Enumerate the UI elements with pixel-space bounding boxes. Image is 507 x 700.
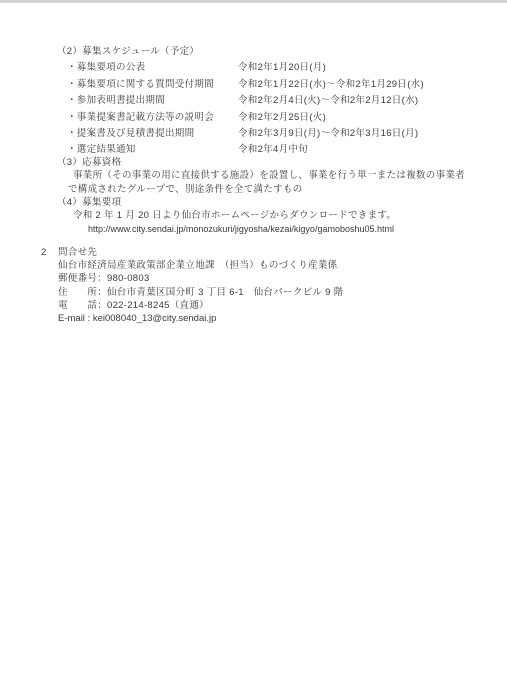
page-top-edge	[0, 0, 507, 3]
schedule-item-date: 令和2年2月4日(火)～令和2年2月12日(水)	[238, 93, 487, 109]
schedule-item-date: 令和2年2月25日(火)	[238, 110, 487, 126]
guidelines-url: http://www.city.sendai.jp/monozukuri/jig…	[57, 223, 492, 236]
schedule-row: ・提案書及び見積書提出期間 令和2年3月9日(月)～令和2年3月16日(月)	[57, 126, 487, 142]
section4-body: 令和 2 年 1 月 20 日より仙台市ホームページからダウンロードできます。	[57, 209, 492, 222]
schedule-row: ・募集要項の公表 令和2年1月20日(月)	[57, 60, 487, 76]
contact-heading: 問合せ先	[58, 246, 97, 259]
schedule-row: ・募集要項に関する質問受付期間 令和2年1月22日(水)～令和2年1月29日(水…	[57, 77, 487, 93]
schedule-item-date: 令和2年3月9日(月)～令和2年3月16日(月)	[238, 126, 487, 142]
schedule-item-label: ・募集要項に関する質問受付期間	[67, 77, 238, 93]
contact-postal-code: 郵便番号：980-0803	[41, 272, 481, 285]
schedule-item-date: 令和2年1月22日(水)～令和2年1月29日(水)	[238, 77, 487, 93]
schedule-item-date: 令和2年1月20日(月)	[238, 60, 487, 76]
section-guidelines: （4）募集要項 令和 2 年 1 月 20 日より仙台市ホームページからダウンロ…	[57, 196, 492, 236]
schedule-item-label: ・参加表明書提出期間	[67, 93, 238, 109]
schedule-item-label: ・事業提案書記載方法等の説明会	[67, 110, 238, 126]
schedule-row: ・事業提案書記載方法等の説明会 令和2年2月25日(火)	[57, 110, 487, 126]
schedule-item-label: ・募集要項の公表	[67, 60, 238, 76]
contact-phone: 電 話：022-214-8245（直通）	[41, 299, 481, 312]
contact-section-number: 2	[41, 246, 58, 259]
section3-body-line1: 事業所（その事業の用に直接供する施設）を設置し、事業を行う単一または複数の事業者	[57, 169, 492, 182]
schedule-item-label: ・提案書及び見積書提出期間	[67, 126, 238, 142]
contact-heading-row: 2 問合せ先	[41, 246, 481, 259]
contact-address: 住 所：仙台市青葉区国分町 3 丁目 6-1 仙台パークビル 9 階	[41, 286, 481, 299]
schedule-row: ・参加表明書提出期間 令和2年2月4日(火)～令和2年2月12日(水)	[57, 93, 487, 109]
section-recruitment-schedule: （2）募集スケジュール（予定） ・募集要項の公表 令和2年1月20日(月) ・募…	[57, 44, 487, 159]
section-eligibility: （3）応募資格 事業所（その事業の用に直接供する施設）を設置し、事業を行う単一ま…	[57, 156, 492, 196]
contact-department: 仙台市経済局産業政策部企業立地課 （担当）ものづくり産業係	[41, 259, 481, 272]
section-contact: 2 問合せ先 仙台市経済局産業政策部企業立地課 （担当）ものづくり産業係 郵便番…	[41, 246, 481, 325]
section3-body-line2: で構成されたグループで、別途条件を全て満たすもの	[57, 183, 492, 196]
contact-email: E-mail : kei008040_13@city.sendai.jp	[41, 312, 481, 325]
section4-heading: （4）募集要項	[57, 196, 492, 209]
section3-heading: （3）応募資格	[57, 156, 492, 169]
section2-heading: （2）募集スケジュール（予定）	[57, 44, 487, 60]
document-page: （2）募集スケジュール（予定） ・募集要項の公表 令和2年1月20日(月) ・募…	[0, 0, 507, 700]
